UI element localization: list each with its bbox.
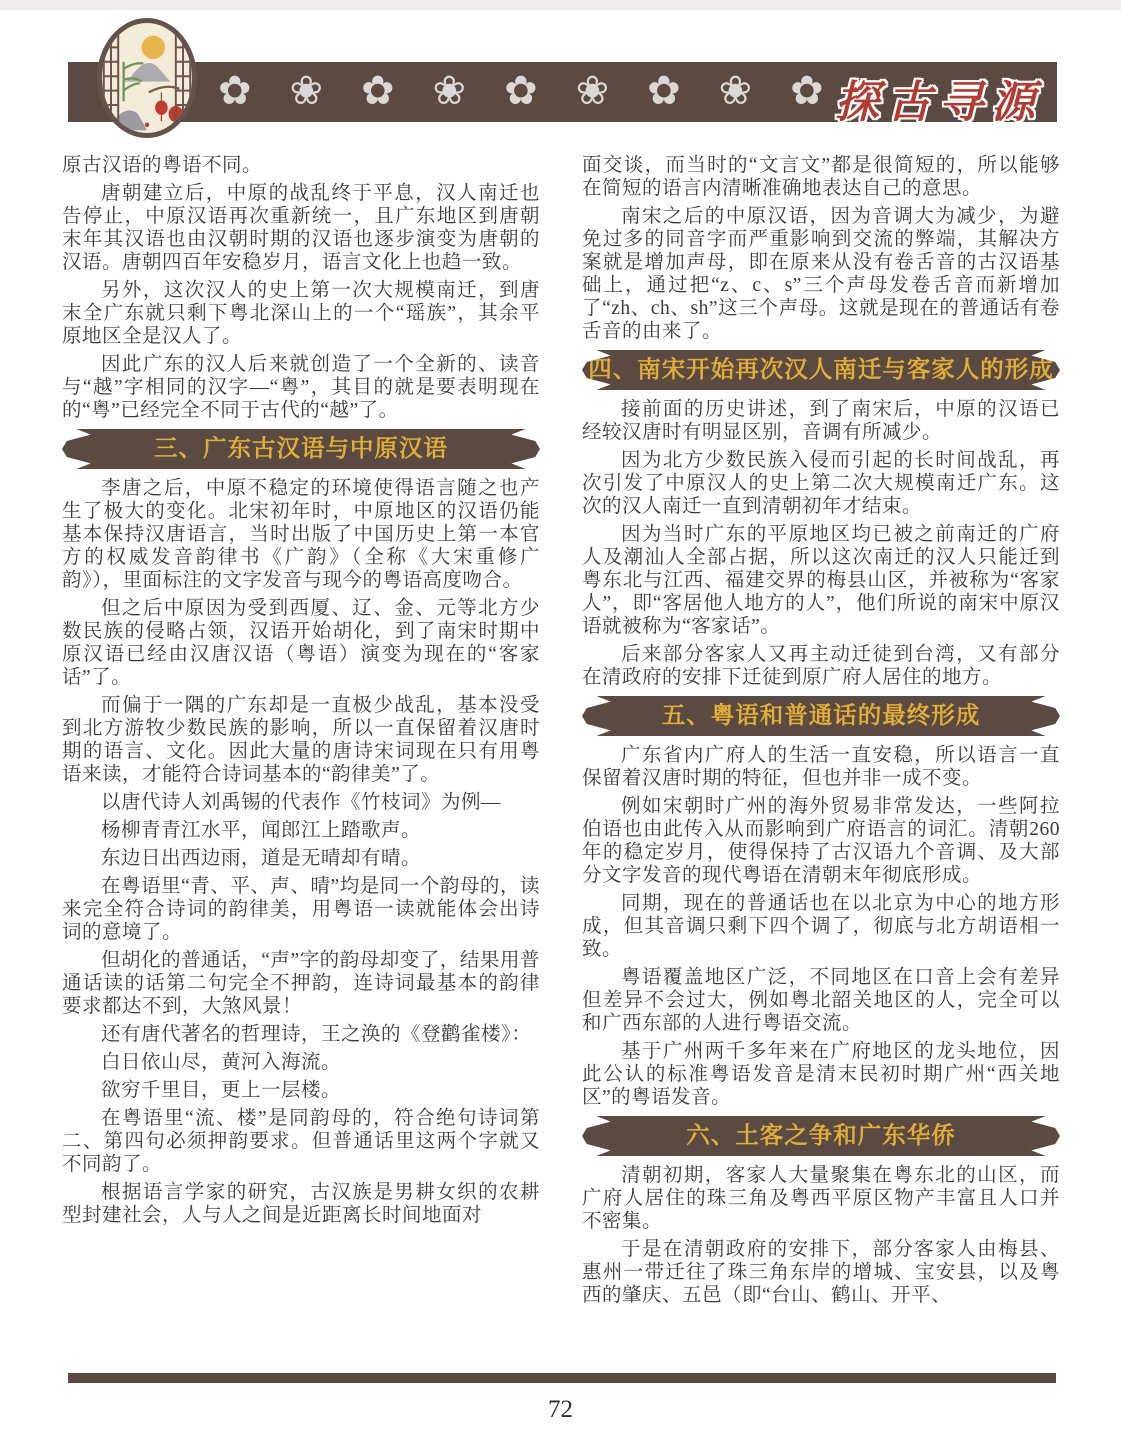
article-body: 原古汉语的粤语不同。唐朝建立后，中原的战乱终于平息，汉人南迁也告停止，中原汉语再… (62, 154, 1060, 1312)
lantern-icon (145, 91, 183, 130)
paragraph: 还有唐代著名的哲理诗，王之涣的《登鹳雀楼》： (62, 1023, 540, 1046)
poem-line: 杨柳青青江水平，闻郎江上踏歌声。 (62, 819, 540, 842)
paragraph: 在粤语里“青、平、声、晴”均是同一个韵母的，读来完全符合诗词的韵律美，用粤语一读… (62, 875, 540, 944)
paragraph: 另外，这次汉人的史上第一次大规模南迁，到唐末全广东就只剩下粤北深山上的一个“瑶族… (62, 279, 540, 348)
magazine-page: { "header": { "title": "探古寻源", "pattern"… (0, 0, 1121, 1440)
section-banner: 六、土客之争和广东华侨 (582, 1116, 1060, 1156)
footer-rule (68, 1373, 1056, 1383)
magazine-title: 探古寻源 (835, 66, 1043, 130)
poem-line: 东边日出西边雨，道是无晴却有晴。 (62, 847, 540, 870)
section-banner: 四、南宋开始再次汉人南迁与客家人的形成 (582, 350, 1060, 390)
paragraph: 清朝初期，客家人大量聚集在粤东北的山区，而广府人居住的珠三角及粤西平原区物产丰富… (582, 1164, 1060, 1233)
paragraph: 李唐之后，中原不稳定的环境使得语言随之也产生了极大的变化。北宋初年时，中原地区的… (62, 477, 540, 592)
paragraph: 以唐代诗人刘禹锡的代表作《竹枝词》为例— (62, 791, 540, 814)
paragraph: 根据语言学家的研究，古汉族是男耕女织的农耕型封建社会，人与人之间是近距离长时间地… (62, 1181, 540, 1227)
moon-icon (142, 36, 165, 59)
poem-line: 白日依山尽，黄河入海流。 (62, 1051, 540, 1074)
column-left: 原古汉语的粤语不同。唐朝建立后，中原的战乱终于平息，汉人南迁也告停止，中原汉语再… (62, 154, 540, 1312)
paragraph: 但胡化的普通话，“声”字的韵母却变了，结果用普通话读的话第二句完全不押韵，连诗词… (62, 949, 540, 1018)
paragraph: 因为当时广东的平原地区均已被之前南迁的广府人及潮汕人全部占据，所以这次南迁的汉人… (582, 523, 1060, 638)
paragraph: 粤语覆盖地区广泛，不同地区在口音上会有差异但差异不会过大，例如粤北韶关地区的人，… (582, 966, 1060, 1035)
header-band: ✿ ❀ ✿ ❀ ✿ ❀ ✿ ❀ ✿ ❀ ✿ ❀ 探古寻源 (68, 62, 1057, 122)
column-right: 面交谈，而当时的“文言文”都是很简短的，所以能够在简短的语言内清晰准确地表达自己… (582, 154, 1060, 1312)
paragraph: 而偏于一隅的广东却是一直极少战乱，基本没受到北方游牧少数民族的影响，所以一直保留… (62, 694, 540, 786)
paragraph: 但之后中原因为受到西厦、辽、金、元等北方少数民族的侵略占领，汉语开始胡化，到了南… (62, 597, 540, 689)
section-banner: 五、粤语和普通话的最终形成 (582, 696, 1060, 736)
page-number: 72 (0, 1396, 1121, 1424)
medallion-art (102, 23, 192, 133)
paragraph: 接前面的历史讲述，到了南宋后，中原的汉语已经较汉唐时有明显区别，音调有所减少。 (582, 398, 1060, 444)
paragraph: 同期，现在的普通话也在以北京为中心的地方形成，但其音调只剩下四个调了，彻底与北方… (582, 892, 1060, 961)
paragraph: 面交谈，而当时的“文言文”都是很简短的，所以能够在简短的语言内清晰准确地表达自己… (582, 154, 1060, 200)
flower-border-pattern: ✿ ❀ ✿ ❀ ✿ ❀ ✿ ❀ ✿ ❀ ✿ ❀ (218, 62, 857, 122)
paragraph: 例如宋朝时广州的海外贸易非常发达，一些阿拉伯语也由此传入从而影响到广府语言的词汇… (582, 795, 1060, 887)
paragraph: 后来部分客家人又再主动迁徒到台湾，又有部分在清政府的安排下迁徒到原广府人居住的地… (582, 643, 1060, 689)
paragraph: 南宋之后的中原汉语，因为音调大为减少，为避免过多的同音字而严重影响到交流的弊端，… (582, 205, 1060, 343)
paragraph: 唐朝建立后，中原的战乱终于平息，汉人南迁也告停止，中原汉语再次重新统一，且广东地… (62, 182, 540, 274)
paragraph: 基于广州两千多年来在广府地区的龙头地位，因此公认的标准粤语发音是清末民初时期广州… (582, 1040, 1060, 1109)
paragraph: 在粤语里“流、楼”是同韵母的，符合绝句诗词第二、第四句必须押韵要求。但普通话里这… (62, 1107, 540, 1176)
paragraph: 于是在清朝政府的安排下，部分客家人由梅县、惠州一带迁往了珠三角东岸的增城、宝安县… (582, 1238, 1060, 1307)
paragraph: 广东省内广府人的生活一直安稳，所以语言一直保留着汉唐时期的特征，但也并非一成不变… (582, 744, 1060, 790)
section-banner: 三、广东古汉语与中原汉语 (62, 429, 540, 469)
medallion (97, 18, 197, 138)
paragraph: 因此广东的汉人后来就创造了一个全新的、读音与“越”字相同的汉字—“粤”，其目的就… (62, 353, 540, 422)
poem-line: 欲穷千里目，更上一层楼。 (62, 1079, 540, 1102)
scan-edge (0, 0, 1121, 10)
paragraph: 原古汉语的粤语不同。 (62, 154, 540, 177)
paragraph: 因为北方少数民族入侵而引起的长时间战乱，再次引发了中原汉人的史上第二次大规模南迁… (582, 449, 1060, 518)
branch-icon (149, 87, 180, 93)
